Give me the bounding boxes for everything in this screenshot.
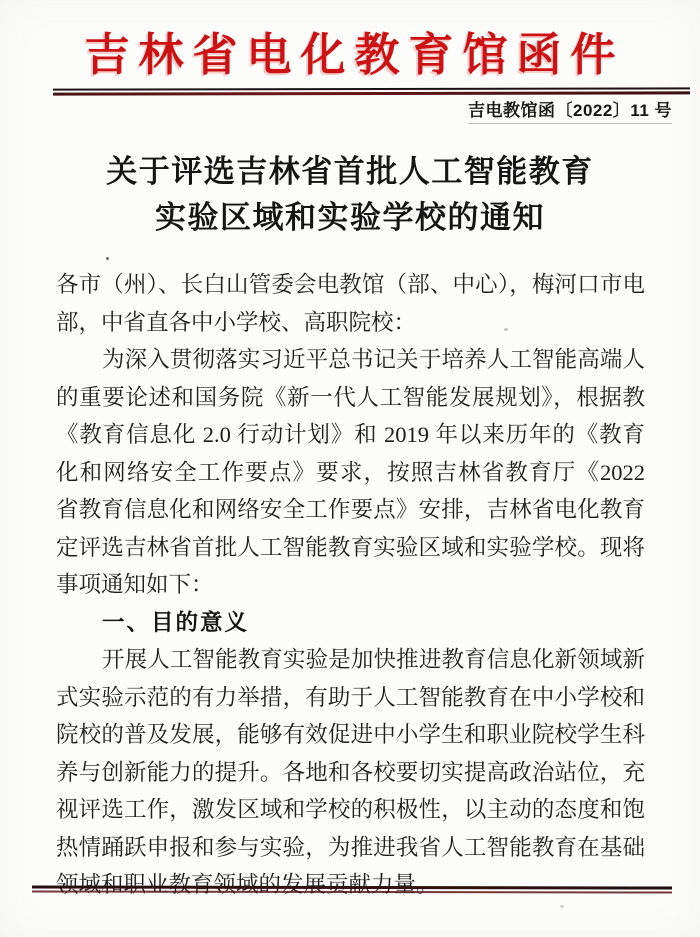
body-line: 院校的普及发展，能够有效促进中小学生和职业院校学生科技素: [56, 716, 645, 754]
body-line: 为深入贯彻落实习近平总书记关于培养人工智能高端人才: [56, 341, 645, 379]
body-line: 开展人工智能教育实验是加快推进教育信息化新领域新模: [56, 641, 645, 679]
section-heading: 一、目的意义: [56, 604, 645, 642]
scan-speckle: [560, 905, 564, 908]
body-line: 的重要论述和国务院《新一代人工智能发展规划》，根据教育部: [56, 379, 645, 417]
body-line: 定评选吉林省首批人工智能教育实验区域和实验学校。现将有关: [56, 529, 645, 567]
letterhead-title: 吉林省电化教育馆函件: [0, 18, 700, 83]
body-line: 视评选工作，激发区域和学校的积极性，以主动的态度和饱满的: [56, 791, 645, 829]
scan-bottom-rule-dark-line: [32, 885, 672, 889]
scan-speckle: [504, 328, 508, 331]
body-line: 养与创新能力的提升。各地和各校要切实提高政治站位，充分重: [56, 754, 645, 792]
body-line: 部，中省直各中小学校、高职院校：: [56, 304, 645, 342]
document-page: 吉林省电化教育馆函件 吉电教馆函〔2022〕11 号 关于评选吉林省首批人工智能…: [0, 0, 700, 937]
notice-title-line1: 关于评选吉林省首批人工智能教育: [0, 149, 700, 195]
notice-body: 各市（州）、长白山管委会电教馆（部、中心），梅河口市电教 部，中省直各中小学校、…: [56, 266, 645, 904]
scan-speckle: [106, 257, 109, 260]
body-line: 各市（州）、长白山管委会电教馆（部、中心），梅河口市电教: [56, 266, 645, 304]
document-number: 吉电教馆函〔2022〕11 号: [468, 96, 672, 124]
notice-title: 关于评选吉林省首批人工智能教育 实验区域和实验学校的通知: [0, 149, 700, 241]
body-line: 事项通知如下：: [56, 566, 645, 604]
body-line: 化和网络安全工作要点》要求，按照吉林省教育厅《2022 年吉林: [56, 454, 645, 492]
body-line: 式实验示范的有力举措，有助于人工智能教育在中小学校和职业: [56, 679, 645, 717]
notice-title-line2: 实验区域和实验学校的通知: [0, 195, 700, 241]
body-line: 《教育信息化 2.0 行动计划》和 2019 年以来历年的《教育信息: [56, 416, 645, 454]
letterhead-rule-dark-line: [53, 87, 690, 90]
body-line: 省教育信息化和网络安全工作要点》安排，吉林省电化教育馆决: [56, 491, 645, 529]
letterhead-rule: [53, 88, 690, 95]
scan-bottom-rule: [32, 886, 672, 893]
body-line: 热情踊跃申报和参与实验，为推进我省人工智能教育在基础教育: [56, 829, 645, 867]
